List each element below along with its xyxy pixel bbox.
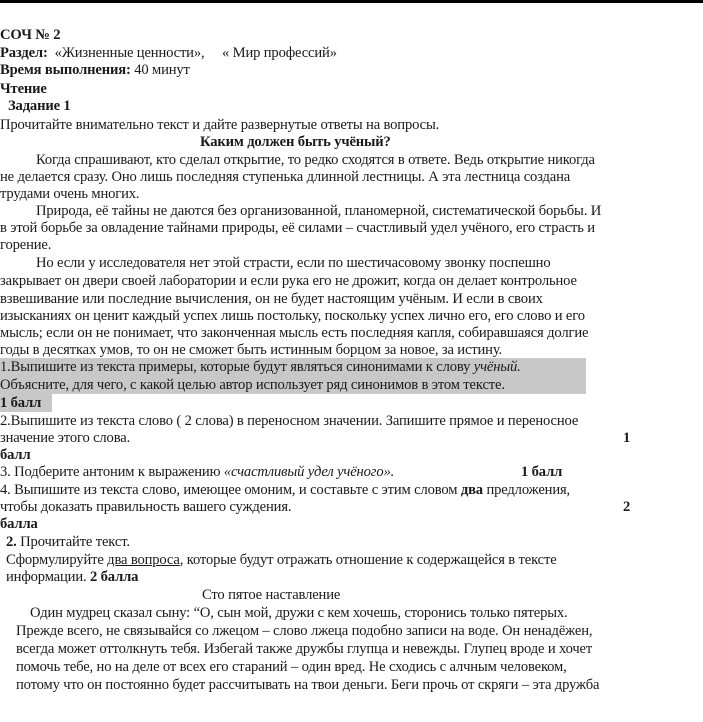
section-value-1: «Жизненные ценности»,	[55, 45, 205, 61]
time-label: Время выполнения:	[0, 62, 131, 78]
text1-line: Природа, её тайны не даются без организо…	[36, 202, 601, 220]
category-heading: Чтение	[0, 80, 47, 98]
question-1-line-1: 1.Выпишите из текста примеры, которые бу…	[0, 358, 586, 376]
question-3-points: 1 балл	[521, 463, 562, 481]
text1-line: взвешивание или последние вычисления, он…	[0, 290, 543, 308]
task-2-text-end: , которые будут отражать отношение к сод…	[180, 552, 557, 568]
task-2-underlined: два вопроса	[107, 552, 180, 568]
question-4-emphasis: два	[461, 482, 483, 498]
question-4-points-word: балла	[0, 515, 38, 533]
question-1-line-2: Объясните, для чего, с какой целью автор…	[0, 376, 586, 394]
task-2-text: Сформулируйте	[6, 552, 107, 568]
task-2-line-2: информации. 2 балла	[6, 568, 138, 586]
task-2-text-2: информации.	[6, 569, 90, 585]
question-2-line-1: 2.Выпишите из текста слово ( 2 слова) в …	[0, 412, 578, 430]
task-2-heading: 2. Прочитайте текст.	[6, 533, 130, 551]
question-4-text-end: предложения,	[483, 482, 570, 498]
text2-title: Сто пятое наставление	[202, 586, 340, 604]
question-1-keyword: учёный.	[474, 359, 521, 375]
top-border	[0, 0, 703, 3]
task-2-number: 2.	[6, 534, 17, 550]
section-line: Раздел: «Жизненные ценности», « Мир проф…	[0, 44, 337, 62]
question-3-text: 3. Подберите антоним к выражению	[0, 464, 224, 480]
text1-line: годы в десятках умов, то он не сможет бы…	[0, 341, 502, 359]
text2-line: потому что он постоянно будет рассчитыва…	[16, 676, 599, 694]
text2-line: Один мудрец сказал сыну: “О, сын мой, др…	[30, 604, 568, 622]
task-heading: Задание 1	[8, 97, 71, 115]
task-instruction: Прочитайте внимательно текст и дайте раз…	[0, 116, 439, 134]
section-value-2: « Мир профессий»	[222, 45, 337, 61]
question-4-text: 4. Выпишите из текста слово, имеющее омо…	[0, 482, 461, 498]
time-line: Время выполнения: 40 минут	[0, 61, 190, 79]
question-3-phrase: «счастливый удел учёного».	[224, 464, 394, 480]
text1-line: трудами очень многих.	[0, 185, 139, 203]
text1-line: горение.	[0, 236, 51, 254]
time-value: 40 минут	[134, 62, 190, 78]
text2-line: всегда может оттолкнуть тебя. Избегай та…	[16, 640, 592, 658]
text1-line: в этой борьбе за овладение тайнами приро…	[0, 219, 595, 237]
text1-line: Когда спрашивают, кто сделал открытие, т…	[36, 151, 595, 169]
text1-line: Но если у исследователя нет этой страсти…	[36, 254, 551, 272]
question-4-line-1: 4. Выпишите из текста слово, имеющее омо…	[0, 481, 570, 499]
text1-line: закрывает он двери своей лаборатории и е…	[0, 272, 577, 290]
question-2-points-num: 1	[623, 429, 630, 447]
question-4-line-2: чтобы доказать правильность вашего сужде…	[0, 498, 291, 516]
task-2-instruction: Прочитайте текст.	[17, 534, 130, 550]
task-2-points: 2 балла	[90, 569, 138, 585]
text1-line: изысканиях он ценит каждый успех лишь по…	[0, 307, 585, 325]
question-2-line-2: значение этого слова.	[0, 429, 130, 447]
text2-line: помочь тебе, но на деле от всех его стар…	[16, 658, 567, 676]
text1-title: Каким должен быть учёный?	[200, 133, 391, 151]
section-label: Раздел:	[0, 45, 48, 61]
task-2-line-1: Сформулируйте два вопроса, которые будут…	[6, 551, 557, 569]
question-4-points-num: 2	[623, 498, 630, 516]
question-1-text: 1.Выпишите из текста примеры, которые бу…	[0, 359, 474, 375]
question-1-points: 1 балл	[0, 394, 52, 412]
text2-line: Прежде всего, не связывайся со лжецом – …	[16, 622, 592, 640]
doc-title: СОЧ № 2	[0, 26, 60, 44]
question-3: 3. Подберите антоним к выражению «счастл…	[0, 463, 394, 481]
text1-line: мысль; если он не понимает, что закончен…	[0, 324, 588, 342]
text1-line: не делается сразу. Оно лишь последняя ст…	[0, 168, 570, 186]
question-2-points-word: балл	[0, 446, 31, 464]
